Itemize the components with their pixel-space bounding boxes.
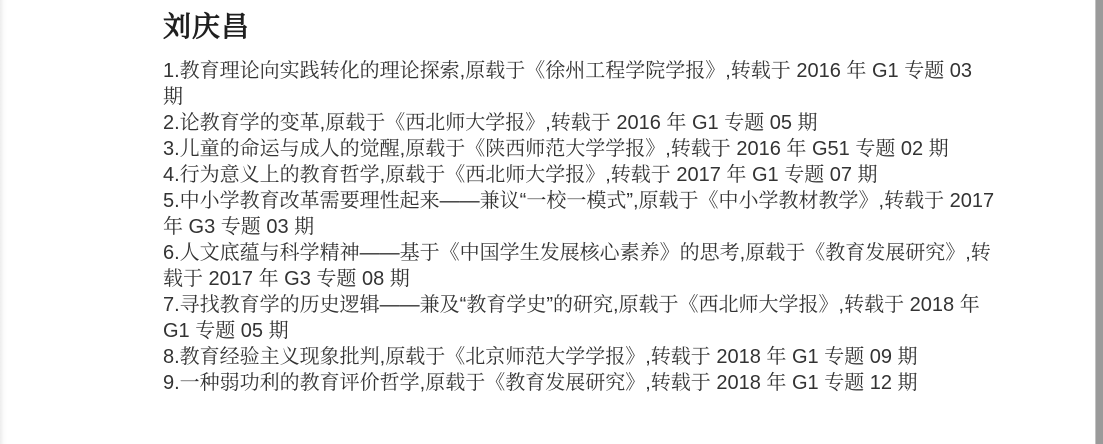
publication-item: 4.行为意义上的教育哲学,原载于《西北师大学报》,转载于 2017 年 G1 专…: [163, 162, 996, 188]
publication-item: 8.教育经验主义现象批判,原载于《北京师范大学学报》,转载于 2018 年 G1…: [163, 344, 996, 370]
publication-list: 1.教育理论向实践转化的理论探索,原载于《徐州工程学院学报》,转载于 2016 …: [163, 58, 996, 396]
publication-item: 5.中小学教育改革需要理性起来——兼议“一校一模式”,原载于《中小学教材教学》,…: [163, 188, 996, 240]
publication-item: 7.寻找教育学的历史逻辑——兼及“教育学史”的研究,原载于《西北师大学报》,转载…: [163, 292, 996, 344]
page-left-edge: [0, 0, 7, 444]
publication-item: 9.一种弱功利的教育评价哲学,原载于《教育发展研究》,转载于 2018 年 G1…: [163, 370, 996, 396]
publication-item: 6.人文底蕴与科学精神——基于《中国学生发展核心素养》的思考,原载于《教育发展研…: [163, 240, 996, 292]
publication-item: 2.论教育学的变革,原载于《西北师大学报》,转载于 2016 年 G1 专题 0…: [163, 110, 996, 136]
document-page: 刘庆昌 1.教育理论向实践转化的理论探索,原载于《徐州工程学院学报》,转载于 2…: [0, 0, 1103, 444]
page-title: 刘庆昌: [163, 10, 996, 43]
document-content: 刘庆昌 1.教育理论向实践转化的理论探索,原载于《徐州工程学院学报》,转载于 2…: [163, 10, 996, 396]
page-right-edge-bar: [1095, 0, 1103, 444]
publication-item: 1.教育理论向实践转化的理论探索,原载于《徐州工程学院学报》,转载于 2016 …: [163, 58, 996, 110]
publication-item: 3.儿童的命运与成人的觉醒,原载于《陕西师范大学学报》,转载于 2016 年 G…: [163, 136, 996, 162]
